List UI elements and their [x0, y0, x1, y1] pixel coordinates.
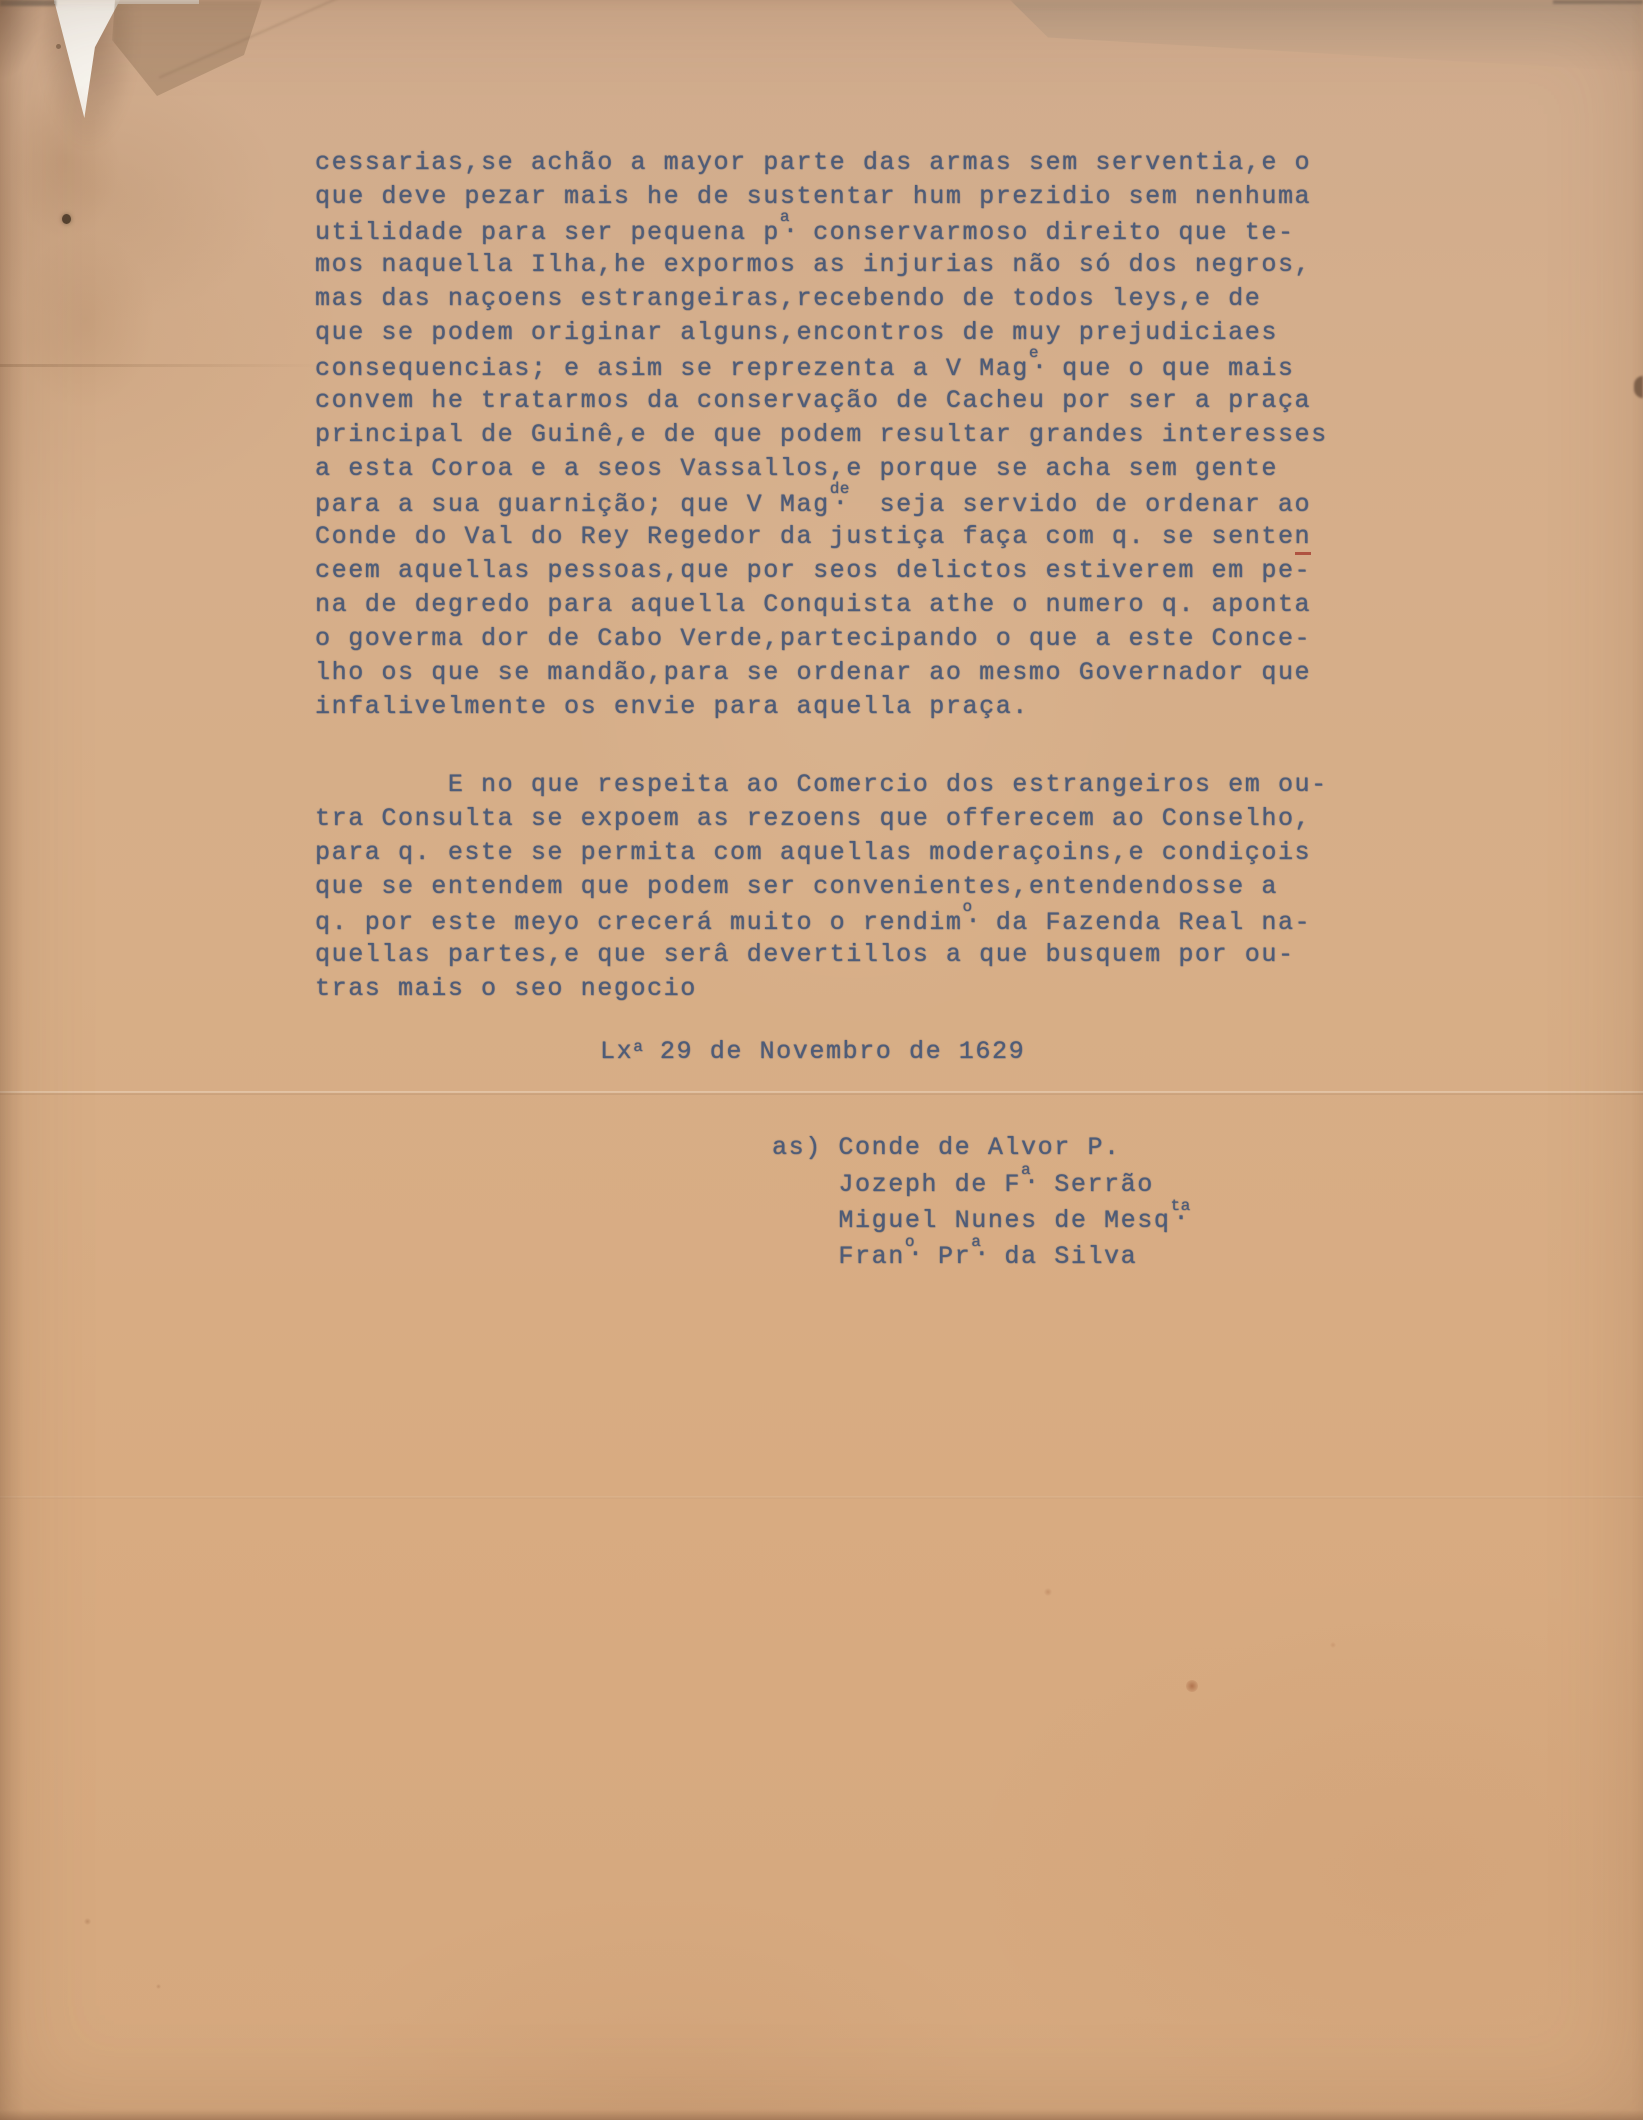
typewritten-line: tra Consulta se expoem as rezoens que of… [315, 802, 1328, 836]
superscript-over-period: o. [905, 1238, 922, 1263]
typewritten-line: na de degredo para aquella Conquista ath… [315, 588, 1328, 622]
typewritten-line: q. por este meyo crecerá muito o rendimo… [315, 904, 1328, 938]
superscript-over-period: a. [1021, 1166, 1038, 1191]
superscript-over-period: o. [963, 904, 980, 929]
superscript-over-period: ta. [1170, 1202, 1203, 1227]
typewritten-line: principal de Guinê,e de que podem result… [315, 418, 1328, 452]
left-edge-shading [0, 0, 24, 2120]
superscript: a [633, 1038, 643, 1056]
stain [15, 230, 155, 410]
right-edge-notch [1634, 376, 1643, 398]
bottom-edge-shading [0, 2110, 1643, 2120]
typewritten-line: Conde do Val do Rey Regedor da justiça f… [315, 520, 1328, 554]
typewritten-line: consequencias; e asim se reprezenta a V … [315, 350, 1328, 384]
typewritten-line: as) Conde de Alvor P. [772, 1130, 1204, 1166]
top-right-edge-shadow [1553, 0, 1643, 4]
rust-spot [1044, 1588, 1052, 1596]
typewritten-line: utilidade para ser pequena pa. conservar… [315, 214, 1328, 248]
rust-spot [84, 1918, 91, 1925]
rust-spot [156, 1984, 161, 1989]
stain [10, 80, 120, 240]
fold-crease-horizontal [0, 364, 330, 367]
superscript-over-period: a. [780, 214, 797, 239]
red-underlined-text: n [1295, 522, 1312, 555]
superscript-over-period: de. [830, 486, 863, 511]
typewritten-line: mos naquella Ilha,he expormos as injuria… [315, 248, 1328, 282]
typewritten-line: tras mais o seo negocio [315, 972, 1328, 1006]
typewritten-line: Frano. Pra. da Silva [772, 1238, 1204, 1274]
typewritten-line: Lxa 29 de Novembro de 1629 [600, 1030, 1025, 1064]
typewritten-line: Jozeph de Fa. Serrão [772, 1166, 1204, 1202]
typewritten-line: que se podem originar alguns,encontros d… [315, 316, 1328, 350]
typewritten-line: o goverma dor de Cabo Verde,partecipando… [315, 622, 1328, 656]
rust-spot [1330, 1642, 1336, 1648]
fold-crease-horizontal [0, 1496, 1643, 1499]
typewritten-line: infalivelmente os envie para aquella pra… [315, 690, 1328, 724]
scanned-document-page: cessarias,se achão a mayor parte das arm… [0, 0, 1643, 2120]
typewritten-line: que deve pezar mais he de sustentar hum … [315, 180, 1328, 214]
typewritten-line: para q. este se permita com aquellas mod… [315, 836, 1328, 870]
typewritten-line: ceem aquellas pessoas,que por seos delic… [315, 554, 1328, 588]
date-line: Lxa 29 de Novembro de 1629 [600, 1030, 1025, 1064]
typewritten-line: convem he tratarmos da conservação de Ca… [315, 384, 1328, 418]
typewritten-line: que se entendem que podem ser convenient… [315, 870, 1328, 904]
fold-crease-horizontal [0, 1091, 1643, 1095]
rust-spot [1186, 1680, 1198, 1692]
typewritten-line: mas das naçoens estrangeiras,recebendo d… [315, 282, 1328, 316]
typewritten-line: cessarias,se achão a mayor parte das arm… [315, 146, 1328, 180]
ink-speck [56, 44, 61, 49]
typewritten-paragraph-2: E no que respeita ao Comercio dos estran… [315, 768, 1328, 1006]
top-right-discoloration [1010, 0, 1643, 72]
superscript-over-period: a. [971, 1238, 988, 1263]
signature-block: as) Conde de Alvor P. Jozeph de Fa. Serr… [772, 1130, 1204, 1274]
typewritten-line: E no que respeita ao Comercio dos estran… [315, 768, 1328, 802]
typewritten-line: para a sua guarnição; que V Magde. seja … [315, 486, 1328, 520]
typewritten-paragraph-1: cessarias,se achão a mayor parte das arm… [315, 146, 1328, 724]
typewritten-line: quellas partes,e que serâ devertillos a … [315, 938, 1328, 972]
superscript-over-period: e. [1029, 350, 1046, 375]
typewritten-line: a esta Coroa e a seos Vassallos,e porque… [315, 452, 1328, 486]
typewritten-line: lho os que se mandão,para se ordenar ao … [315, 656, 1328, 690]
